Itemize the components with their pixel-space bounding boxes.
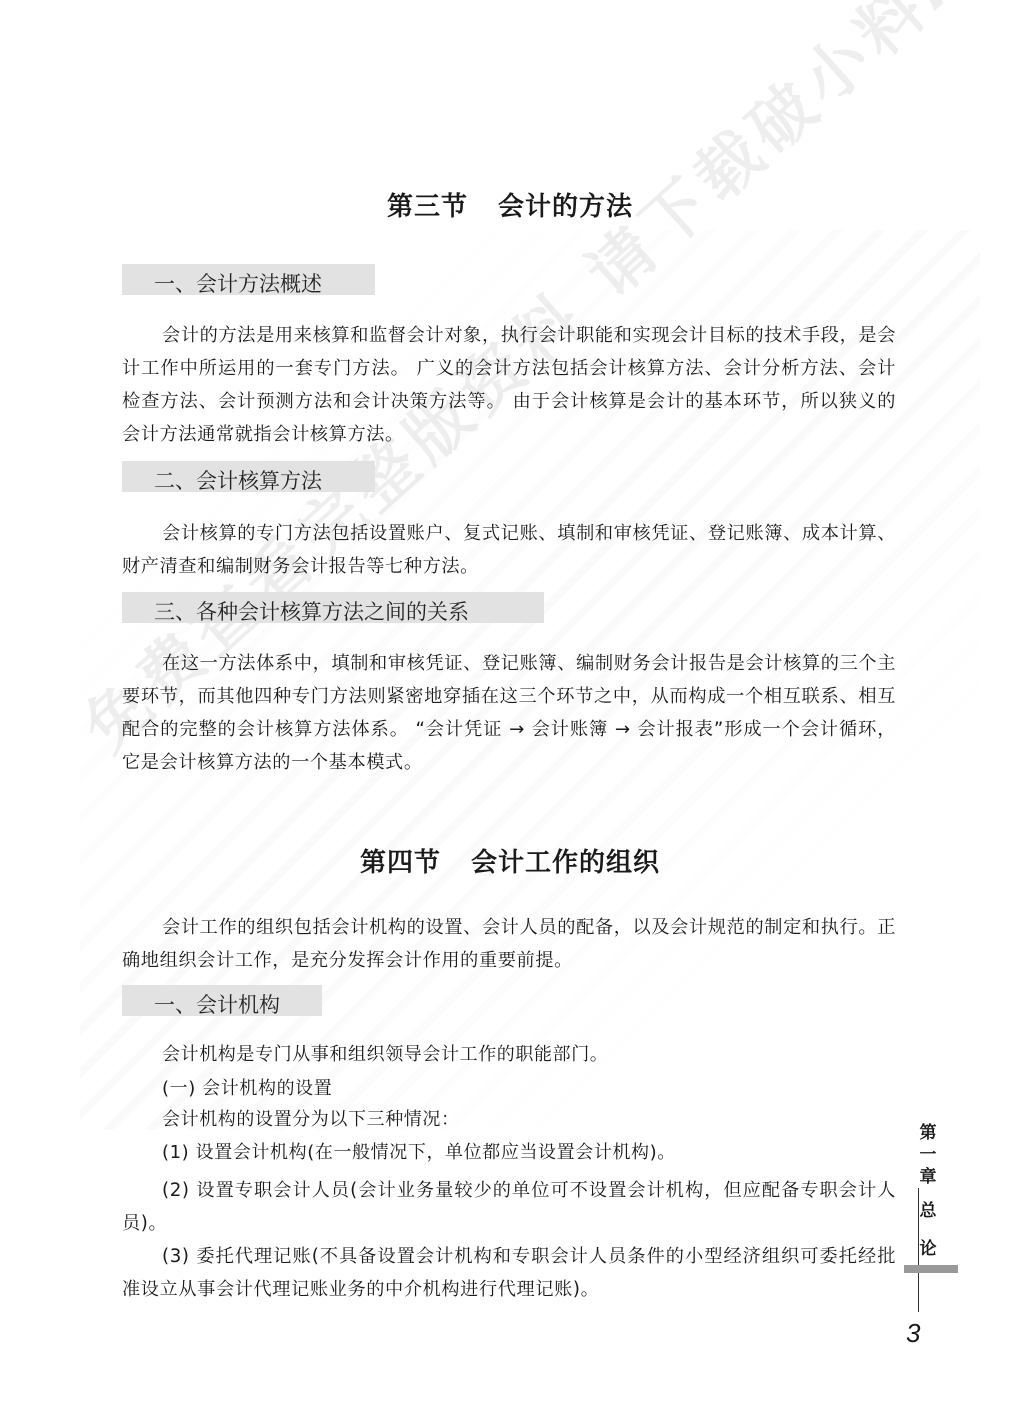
paragraph-accounting-methods: 会计核算的专门方法包括设置账户、复式记账、填制和审核凭证、登记账簿、成本计算、财… [122, 517, 896, 583]
section-title-4: 第四节会计工作的组织 [0, 842, 1020, 879]
paragraph-method-relations: 在这一方法体系中，填制和审核凭证、登记账簿、编制财务会计报告是会计核算的三个主要… [122, 647, 896, 779]
text-agency-definition: 会计机构是专门从事和组织领导会计工作的职能部门。 [162, 1040, 608, 1070]
subheading-accounting-methods: 二、会计核算方法 [122, 461, 375, 492]
chapter-tab-char-5: 论 [916, 1238, 940, 1260]
text-agency-setup-heading: (一) 会计机构的设置 [162, 1074, 332, 1104]
page-number: 3 [906, 1318, 920, 1349]
subheading-method-overview: 一、会计方法概述 [122, 264, 375, 295]
section-number: 第四节 [360, 848, 441, 878]
paragraph-work-organization: 会计工作的组织包括会计机构的设置、会计人员的配备，以及会计规范的制定和执行。正确… [122, 911, 896, 977]
section-title-3: 第三节会计的方法 [0, 186, 1020, 223]
chapter-tab-bar [904, 1265, 958, 1273]
section-title-text: 会计的方法 [498, 192, 633, 222]
section-title-text: 会计工作的组织 [471, 848, 660, 878]
subheading-method-relations: 三、各种会计核算方法之间的关系 [122, 592, 544, 623]
text-agency-setup-intro: 会计机构的设置分为以下三种情况： [162, 1105, 460, 1135]
chapter-tab-char-3: 章 [916, 1166, 940, 1188]
chapter-tab-char-2: 一 [916, 1144, 940, 1166]
chapter-tab-rule [918, 1188, 919, 1312]
list-item-1: (1) 设置会计机构(在一般情况下，单位都应当设置会计机构)。 [162, 1138, 676, 1168]
paragraph-method-overview: 会计的方法是用来核算和监督会计对象，执行会计职能和实现会计目标的技术手段，是会计… [122, 319, 896, 451]
chapter-tab-char-4: 总 [916, 1200, 940, 1222]
subheading-accounting-agency: 一、会计机构 [122, 985, 322, 1016]
list-item-3: (3) 委托代理记账(不具备设置会计机构和专职会计人员条件的小型经济组织可委托经… [122, 1240, 896, 1306]
chapter-tab-char-1: 第 [916, 1122, 940, 1144]
section-number: 第三节 [387, 192, 468, 222]
list-item-2: (2) 设置专职会计人员(会计业务量较少的单位可不设置会计机构，但应配备专职会计… [122, 1174, 896, 1240]
